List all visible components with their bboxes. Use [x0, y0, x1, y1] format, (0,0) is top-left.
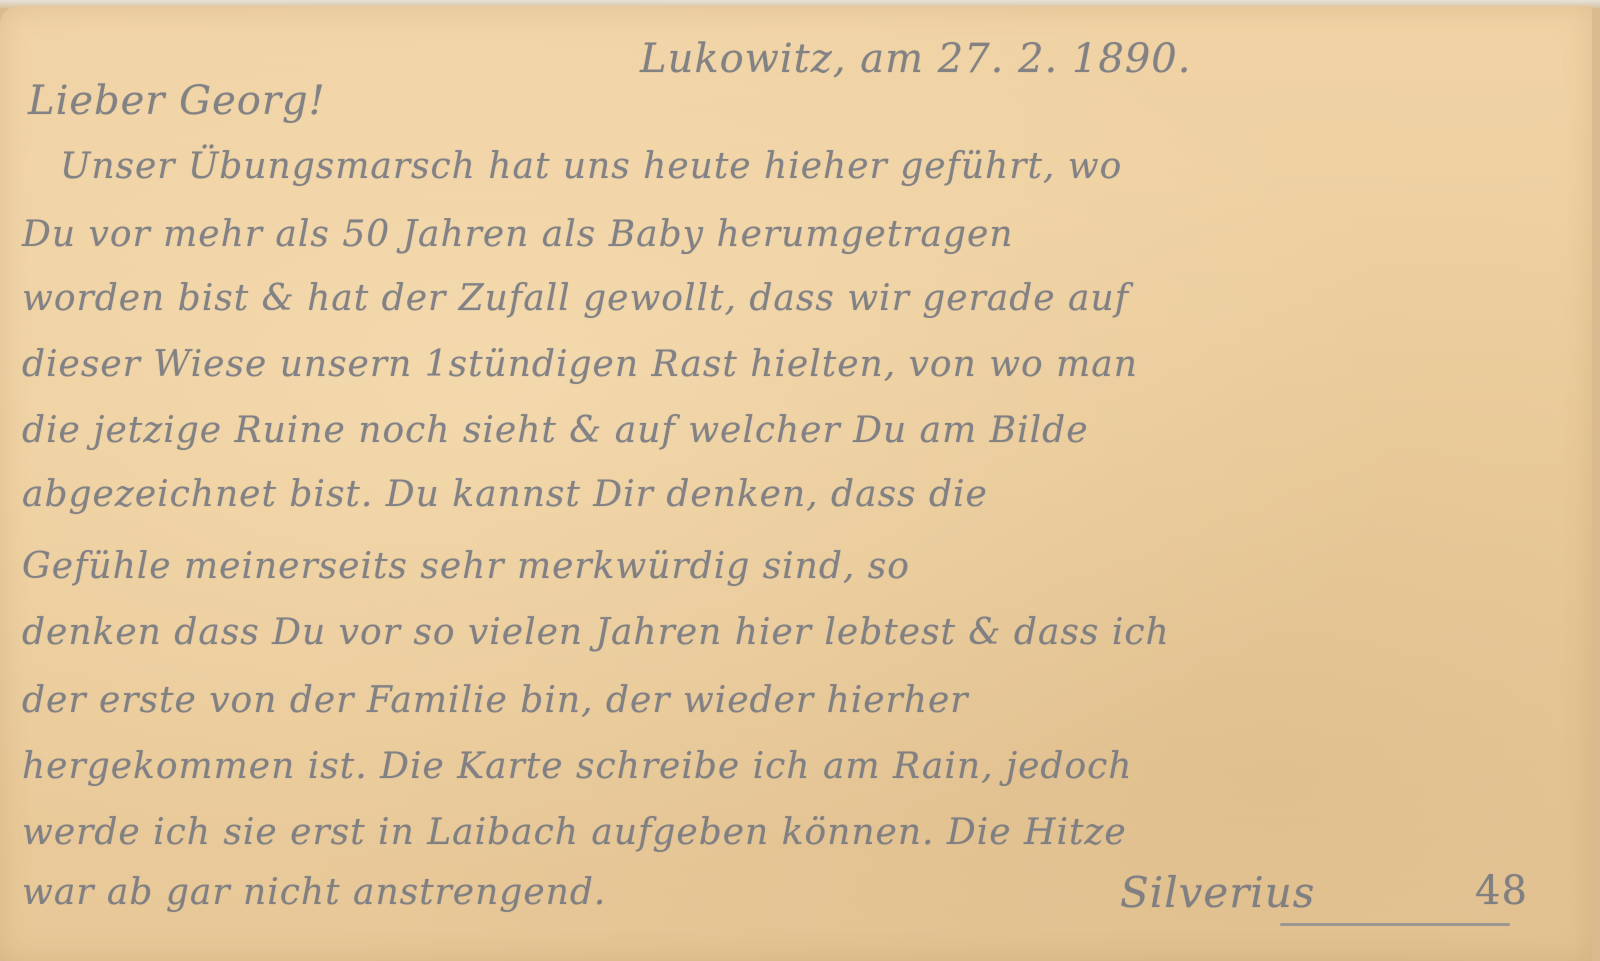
signature-underline: [1280, 923, 1510, 926]
body-line-5: die jetzige Ruine noch sieht & auf welch…: [22, 410, 1089, 451]
body-line-1: Unser Übungsmarsch hat uns heute hieher …: [60, 146, 1122, 187]
body-line-8: denken dass Du vor so vielen Jahren hier…: [22, 612, 1170, 653]
body-line-2: Du vor mehr als 50 Jahren als Baby herum…: [22, 214, 1014, 255]
body-line-4: dieser Wiese unsern 1stündigen Rast hiel…: [22, 344, 1138, 385]
page-number: 48: [1475, 868, 1528, 914]
body-line-12: war ab gar nicht anstrengend.: [22, 872, 606, 913]
body-line-11: werde ich sie erst in Laibach aufgeben k…: [22, 812, 1127, 853]
body-line-6: abgezeichnet bist. Du kannst Dir denken,…: [22, 474, 988, 515]
body-line-3: worden bist & hat der Zufall gewollt, da…: [22, 278, 1129, 319]
postcard: Lukowitz, am 27. 2. 1890. Lieber Georg! …: [0, 6, 1592, 961]
body-line-7: Gefühle meinerseits sehr merkwürdig sind…: [22, 546, 910, 587]
body-line-10: hergekommen ist. Die Karte schreibe ich …: [22, 746, 1133, 787]
place-date: Lukowitz, am 27. 2. 1890.: [640, 36, 1191, 82]
signature: Silverius: [1120, 868, 1315, 917]
body-line-9: der erste von der Familie bin, der wiede…: [22, 680, 968, 721]
salutation: Lieber Georg!: [28, 78, 326, 124]
